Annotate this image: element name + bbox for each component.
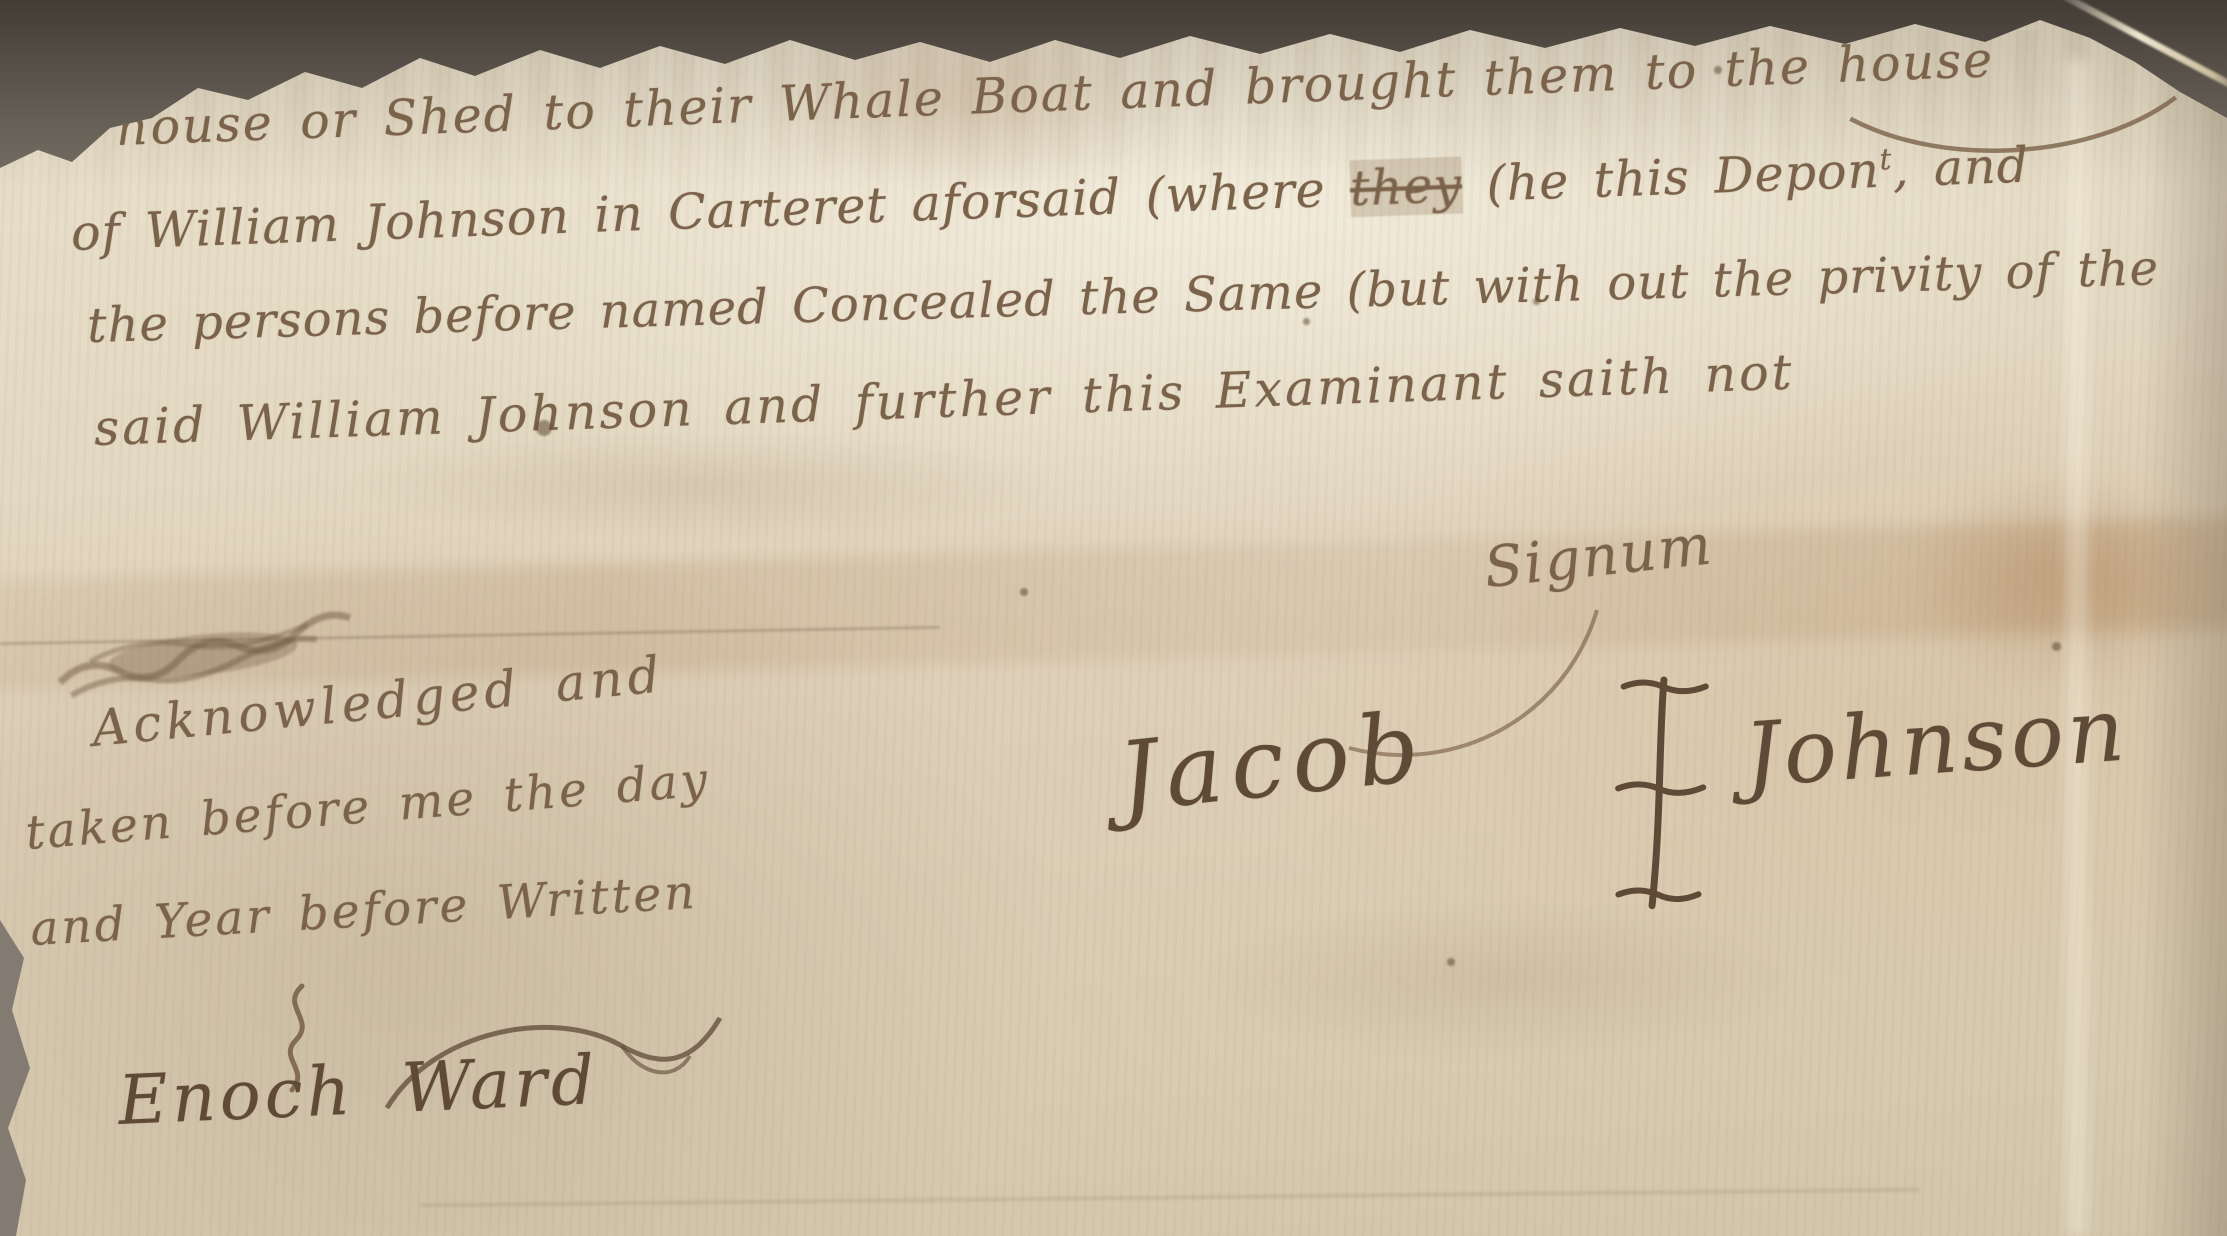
fold-highlight (2060, 60, 2094, 1236)
ink-speck (1714, 66, 1722, 74)
attestation-line-2: taken before me the day (24, 752, 712, 861)
ink-speck (1447, 958, 1455, 966)
ink-speck (536, 420, 552, 436)
ink-bleedthrough (1200, 900, 1800, 1060)
photo-of-manuscript: house or Shed to their Whale Boat and br… (0, 0, 2227, 1236)
ink-speck (1533, 298, 1540, 305)
his-mark-icon (1594, 666, 1733, 920)
ink-speck (2052, 642, 2061, 651)
signature-swash (372, 1000, 732, 1130)
underline-flourish (1844, 89, 2187, 181)
page-curl-shadow (2140, 0, 2227, 1236)
deposition-line-3: the persons before named Concealed the S… (86, 240, 2159, 354)
signer-first-name: Jacob (1113, 690, 1432, 834)
crease-line-bottom (420, 1188, 1920, 1207)
ink-speck (1303, 318, 1310, 325)
ink-speck (1020, 588, 1028, 596)
attestation-line-3: and Year before Written (29, 865, 699, 957)
manuscript-page: house or Shed to their Whale Boat and br… (0, 0, 2227, 1236)
ink-bleedthrough (350, 430, 1050, 540)
struck-out-word: they (1349, 156, 1463, 217)
